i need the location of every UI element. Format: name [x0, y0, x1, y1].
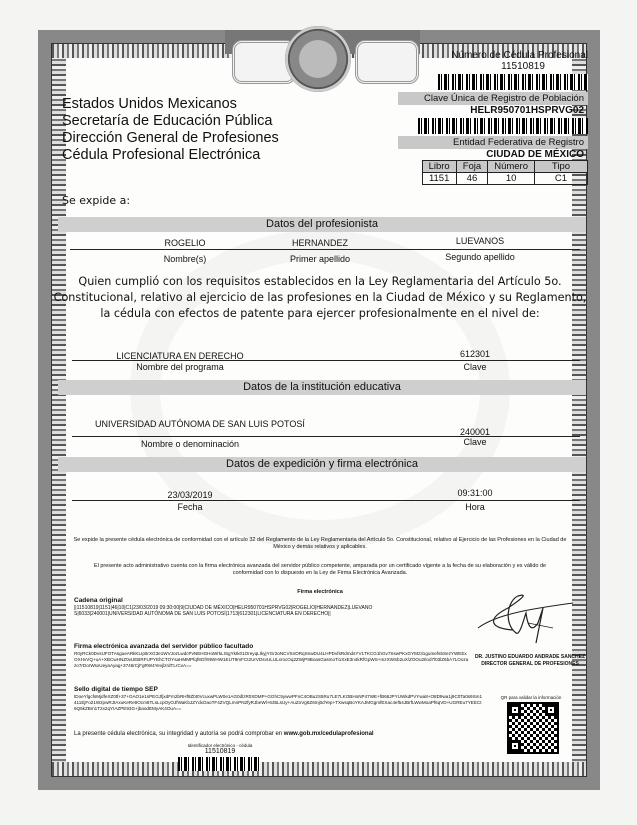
registry-table: Libro Foja Número Tipo 1151 46 10 C1: [422, 160, 588, 185]
registry-header-foja: Foja: [456, 161, 487, 173]
issued-to-label: Se expide a:: [62, 194, 130, 207]
section-professional-title: Datos del profesionista: [58, 217, 586, 232]
second-last-name-label: Segundo apellido: [425, 252, 535, 262]
time-stamp-label: Sello digital de tiempo SEP: [74, 686, 158, 693]
cedula-number: 11510819: [398, 61, 588, 72]
institution-name-label: Nombre o denominación: [130, 439, 250, 449]
legal-text-1: Se expide la presente cédula electrónica…: [70, 537, 570, 551]
curp-barcode: [418, 118, 588, 134]
legal-text-2: El presente acto administrativo cuenta c…: [90, 563, 550, 577]
divider: [72, 500, 580, 501]
cedula-label: Número de Cédula Profesional: [398, 50, 588, 61]
qr-code-icon[interactable]: [507, 702, 559, 754]
entity-label: Entidad Federativa de Registro: [398, 136, 588, 149]
section-issuance-title: Datos de expedición y firma electrónica: [58, 457, 586, 472]
issue-time-label: Hora: [440, 502, 510, 512]
header-line: Estados Unidos Mexicanos: [62, 96, 279, 113]
divider: [70, 249, 580, 250]
registry-value-foja: 46: [456, 173, 487, 185]
issue-time: 09:31:00: [440, 488, 510, 498]
entity-value: CIUDAD DE MÉXICO: [398, 149, 588, 160]
qr-label: QR para validar la información: [495, 694, 567, 701]
curp-value: HELR950701HSPRVG02: [398, 105, 588, 116]
national-seal-icon: [285, 26, 351, 92]
registry-header-libro: Libro: [422, 161, 456, 173]
header-line: Dirección General de Profesiones: [62, 130, 279, 147]
header-line: Cédula Profesional Electrónica: [62, 147, 279, 164]
section-institution-title: Datos de la institución educativa: [58, 380, 586, 395]
first-name-label: Nombre(s): [140, 254, 230, 264]
legal-statement: Quien cumplió con los requisitos estable…: [50, 274, 590, 322]
first-last-name-label: Primer apellido: [265, 254, 375, 264]
registry-value-tipo: C1: [535, 173, 588, 185]
verification-prefix: La presente cédula electrónica, su integ…: [74, 731, 284, 737]
original-chain-label: Cadena original: [74, 597, 123, 604]
institution-name: UNIVERSIDAD AUTÓNOMA DE SAN LUIS POTOSÍ: [70, 419, 325, 429]
issue-date-label: Fecha: [150, 502, 230, 512]
first-name: ROGELIO: [140, 238, 230, 248]
original-chain: ||11510819|1151|46|10|C1|23/03/2019 09:3…: [74, 605, 374, 617]
verification-url[interactable]: www.gob.mx/cedulaprofesional: [284, 731, 374, 737]
registry-header-numero: Número: [488, 161, 535, 173]
signature-heading: Firma electrónica: [250, 589, 390, 596]
registry-block: Número de Cédula Profesional 11510819 Cl…: [398, 50, 588, 185]
time-stamp: tDoeYlgcfsMjdfeXZ0tf+37+OAO1e1sPEGJfjxdF…: [74, 694, 484, 712]
issuer-header: Estados Unidos Mexicanos Secretaría de E…: [62, 96, 279, 164]
advanced-signature-label: Firma electrónica avanzada del servidor …: [74, 643, 253, 650]
electronic-id-barcode: [178, 757, 260, 771]
program-name-label: Nombre del programa: [110, 362, 250, 372]
issue-date: 23/03/2019: [150, 490, 230, 500]
registry-header-tipo: Tipo: [535, 161, 588, 173]
handwritten-signature-icon: [468, 588, 578, 648]
signer-title: DIRECTOR GENERAL DE PROFESIONES: [470, 661, 590, 668]
electronic-id: 11510819: [165, 748, 275, 755]
first-last-name: HERNANDEZ: [265, 238, 375, 248]
header-line: Secretaría de Educación Pública: [62, 113, 279, 130]
cedula-barcode: [438, 74, 588, 90]
signer-name: DR. JUSTINO EDUARDO ANDRADE SANCHEZ: [470, 654, 590, 661]
curp-label: Clave Única de Registro de Población: [398, 92, 588, 105]
program-key-label: Clave: [445, 362, 505, 372]
registry-value-libro: 1151: [422, 173, 456, 185]
advanced-signature: R0yRCk0DvsUFOTAsgueARkKLIp6rXG3e1WVJozLw…: [74, 651, 469, 669]
program-key: 612301: [445, 349, 505, 359]
registry-value-numero: 10: [488, 173, 535, 185]
second-last-name: LUEVANOS: [430, 236, 530, 246]
verification-text: La presente cédula electrónica, su integ…: [74, 731, 374, 738]
divider: [72, 360, 580, 361]
institution-key-label: Clave: [445, 437, 505, 447]
